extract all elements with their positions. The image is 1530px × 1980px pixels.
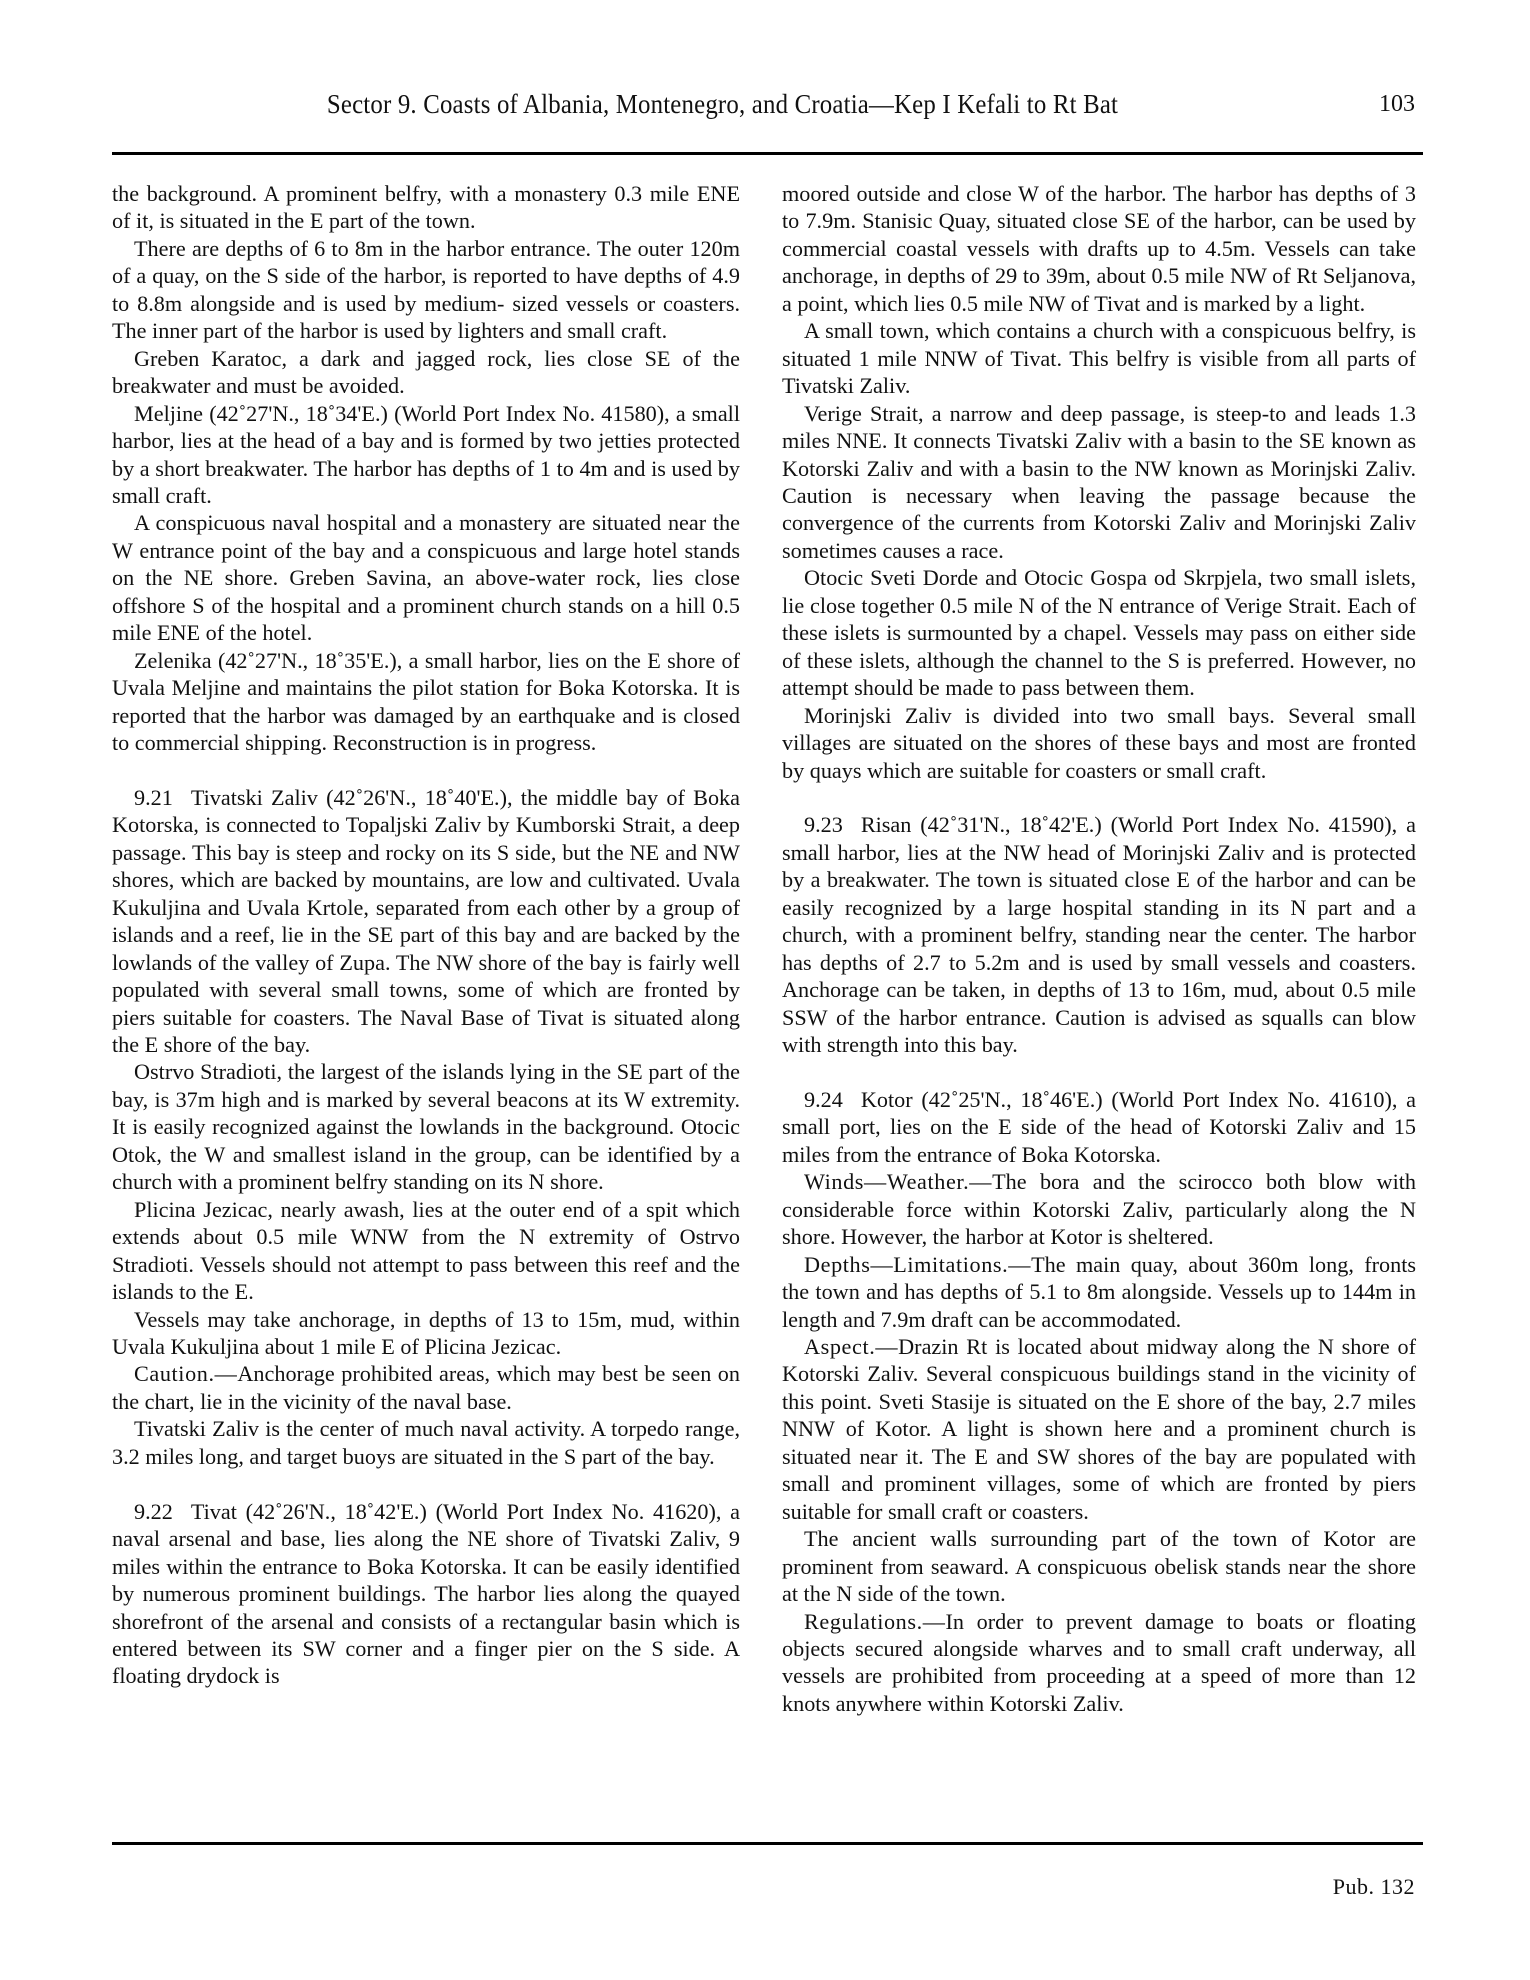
runin-heading: Depths—Limitations.—	[804, 1252, 1031, 1277]
paragraph: A conspicuous naval hospital and a monas…	[112, 509, 740, 646]
section-number: 9.24	[804, 1087, 843, 1112]
paragraph-zelenika: Zelenika (42˚27'N., 18˚35'E.), a small h…	[112, 647, 740, 757]
right-column: moored outside and close W of the harbor…	[782, 180, 1416, 1717]
paragraph: Vessels may take anchorage, in depths of…	[112, 1306, 740, 1361]
section-9-24: 9.24Kotor (42˚25'N., 18˚46'E.) (World Po…	[782, 1086, 1416, 1168]
publication-number: Pub. 132	[1333, 1872, 1415, 1902]
paragraph: moored outside and close W of the harbor…	[782, 180, 1416, 317]
paragraph: Plicina Jezicac, nearly awash, lies at t…	[112, 1196, 740, 1306]
paragraph: Tivatski Zaliv is the center of much nav…	[112, 1415, 740, 1470]
page-header: Sector 9. Coasts of Albania, Montenegro,…	[112, 84, 1423, 128]
paragraph-meljine: Meljine (42˚27'N., 18˚34'E.) (World Port…	[112, 400, 740, 510]
section-number: 9.21	[134, 785, 173, 810]
page-number: 103	[1379, 84, 1415, 124]
section-number: 9.22	[134, 1499, 173, 1524]
paragraph: the background. A prominent belfry, with…	[112, 180, 740, 235]
footer-rule	[112, 1842, 1423, 1845]
paragraph-regulations: Regulations.—In order to prevent damage …	[782, 1608, 1416, 1718]
header-rule	[112, 152, 1423, 155]
paragraph: There are depths of 6 to 8m in the harbo…	[112, 235, 740, 345]
runin-heading: Aspect.—	[804, 1334, 898, 1359]
section-9-21: 9.21Tivatski Zaliv (42˚26'N., 18˚40'E.),…	[112, 784, 740, 1059]
paragraph: Ostrvo Stradioti, the largest of the isl…	[112, 1058, 740, 1195]
runin-heading: Caution.—	[134, 1361, 237, 1386]
paragraph: Morinjski Zaliv is divided into two smal…	[782, 702, 1416, 784]
left-column: the background. A prominent belfry, with…	[112, 180, 740, 1690]
paragraph: Otocic Sveti Dorde and Otocic Gospa od S…	[782, 564, 1416, 701]
paragraph: A small town, which contains a church wi…	[782, 317, 1416, 399]
paragraph-depths-limitations: Depths—Limitations.—The main quay, about…	[782, 1251, 1416, 1333]
section-9-22: 9.22Tivat (42˚26'N., 18˚42'E.) (World Po…	[112, 1498, 740, 1690]
paragraph-winds-weather: Winds—Weather.—The bora and the scirocco…	[782, 1168, 1416, 1250]
paragraph-aspect: Aspect.—Drazin Rt is located about midwa…	[782, 1333, 1416, 1525]
sector-title: Sector 9. Coasts of Albania, Montenegro,…	[161, 84, 1284, 124]
paragraph: The ancient walls surrounding part of th…	[782, 1525, 1416, 1607]
section-9-23: 9.23Risan (42˚31'N., 18˚42'E.) (World Po…	[782, 811, 1416, 1058]
paragraph-caution: Caution.—Anchorage prohibited areas, whi…	[112, 1360, 740, 1415]
section-number: 9.23	[804, 812, 843, 837]
runin-heading: Winds—Weather.—	[804, 1169, 992, 1194]
runin-heading: Regulations.—	[804, 1609, 946, 1634]
paragraph: Greben Karatoc, a dark and jagged rock, …	[112, 345, 740, 400]
paragraph-verige-strait: Verige Strait, a narrow and deep passage…	[782, 400, 1416, 565]
